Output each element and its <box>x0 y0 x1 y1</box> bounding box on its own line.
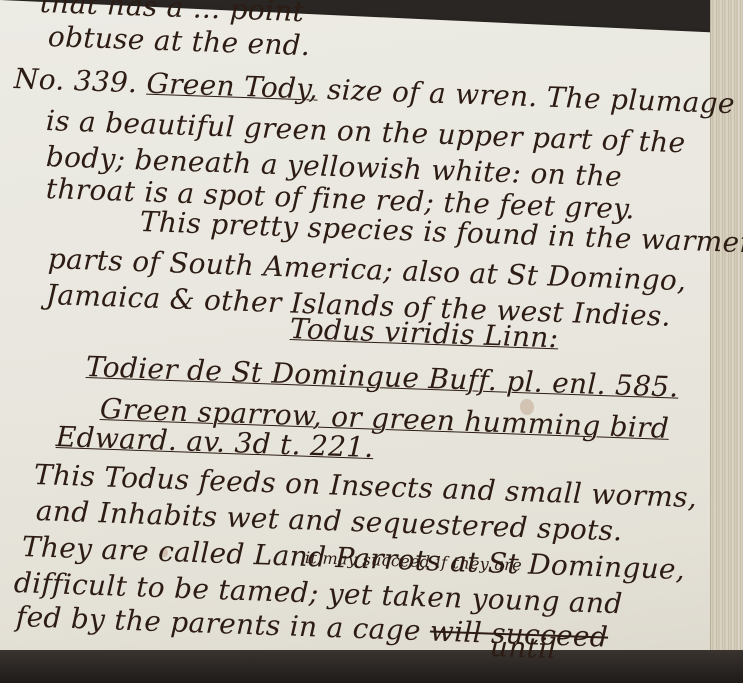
insertion-until: until <box>489 630 557 665</box>
entry-number: No. 339. <box>13 62 137 99</box>
species-title: Green Tody, <box>146 67 318 106</box>
background-shadow <box>0 650 743 683</box>
